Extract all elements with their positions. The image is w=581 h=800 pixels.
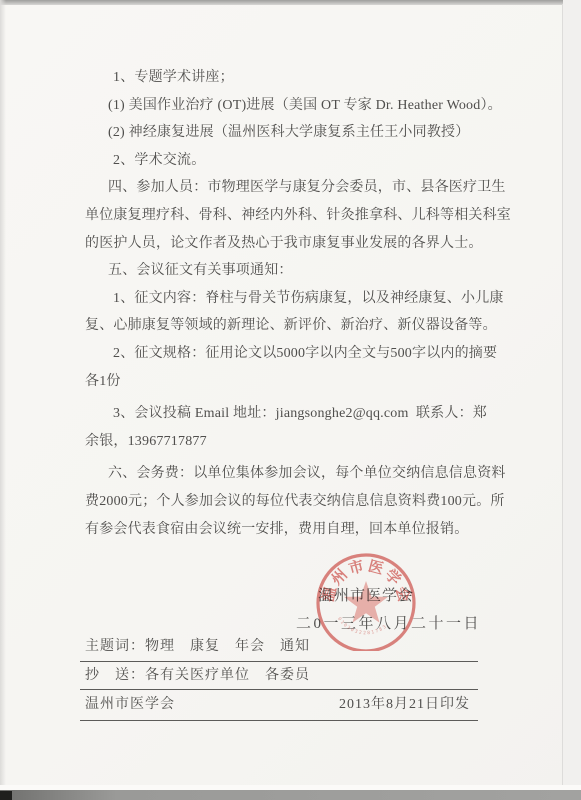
scan-edge-left — [0, 0, 6, 800]
body-line: 2、学术交流。 — [85, 147, 515, 175]
issuer-row: 温州市医学会 2013年8月21日印发 — [80, 690, 478, 721]
body-line: (1) 美国作业治疗 (OT)进展（美国 OT 专家 Dr. Heather W… — [85, 92, 515, 120]
body-line: 1、专题学术讲座； — [85, 64, 515, 92]
issuer-name: 温州市医学会 — [85, 690, 175, 720]
document-body: 1、专题学术讲座；(1) 美国作业治疗 (OT)进展（美国 OT 专家 Dr. … — [85, 64, 515, 543]
seal-arc-char: 医 — [366, 558, 385, 578]
scan-corner-mark — [0, 791, 12, 800]
body-line: 复、心肺康复等领域的新理论、新评价、新治疗、新仪器设备等。 — [85, 312, 515, 340]
body-line: 3、会议投稿 Email 地址：jiangsonghe2@qq.com 联系人：… — [85, 400, 515, 428]
cc-row: 抄 送：各有关医疗单位 各委员 — [80, 662, 478, 690]
body-line: 余银，13967717877 — [85, 428, 515, 456]
scanned-notice-page: 1、专题学术讲座；(1) 美国作业治疗 (OT)进展（美国 OT 专家 Dr. … — [0, 0, 581, 800]
seal-star-icon — [344, 581, 388, 623]
scan-edge-top — [0, 0, 581, 5]
paper-right-edge — [562, 4, 563, 792]
body-line: 有参会代表食宿由会议统一安排，费用自理，回本单位报销。 — [85, 516, 515, 544]
print-date: 2013年8月21日印发 — [339, 690, 470, 720]
body-line: 费2000元；个人参加会议的每位代表交纳信息信息资料费100元。所 — [85, 488, 515, 516]
body-line: 四、参加人员：市物理医学与康复分会委员，市、县各医疗卫生 — [85, 174, 515, 202]
body-line: 六、会务费：以单位集体参加会议，每个单位交纳信息信息资料 — [85, 460, 515, 488]
scan-edge-bottom — [0, 790, 581, 800]
body-line: 五、会议征文有关事项通知： — [85, 257, 515, 285]
body-line: 2、征文规格：征用论文以5000字以内全文与500字以内的摘要 — [85, 340, 515, 368]
footer-block: 主题词：物理 康复 年会 通知 抄 送：各有关医疗单位 各委员 温州市医学会 2… — [80, 632, 478, 721]
body-line: 各1份 — [85, 368, 515, 396]
scan-background-right — [563, 0, 581, 800]
body-line: 的医护人员，论文作者及热心于我市康复事业发展的各界人士。 — [85, 230, 515, 258]
body-line: 1、征文内容：脊柱与骨关节伤病康复，以及神经康复、小儿康 — [85, 285, 515, 313]
body-line: 单位康复理疗科、骨科、神经内外科、针灸推拿科、儿科等相关科室 — [85, 202, 515, 230]
seal-arc-char: 市 — [347, 557, 366, 578]
subject-keywords-row: 主题词：物理 康复 年会 通知 — [80, 632, 478, 662]
body-line: (2) 神经康复进展（温州医科大学康复系主任王小同教授） — [85, 119, 515, 147]
